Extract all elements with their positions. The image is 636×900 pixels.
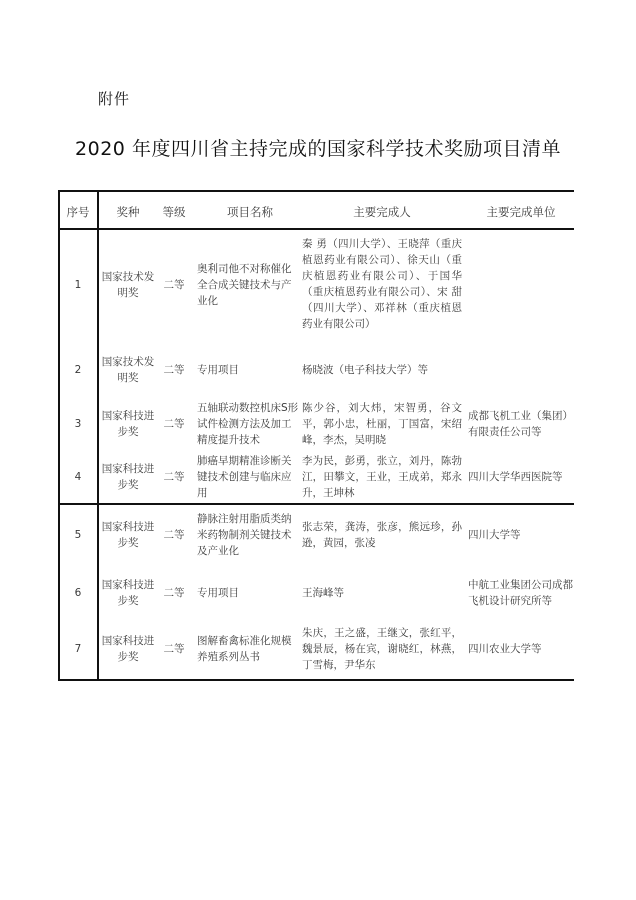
row-project-name: 专用项目 xyxy=(197,362,299,378)
row-project-name: 五轴联动数控机床S形试件检测方法及加工精度提升技术 xyxy=(197,400,299,448)
row-project-name: 专用项目 xyxy=(197,585,299,601)
row-project-name: 静脉注射用脂质类纳米药物制剂关键技术及产业化 xyxy=(197,511,299,559)
row-level: 二等 xyxy=(156,416,192,432)
row-level: 二等 xyxy=(156,277,192,293)
row-persons: 秦 勇（四川大学）、王晓萍（重庆植恩药业有限公司）、徐天山（重庆植恩药业有限公司… xyxy=(302,236,462,332)
row-award-type: 国家科技进步奖 xyxy=(100,461,156,493)
header-unit: 主要完成单位 xyxy=(468,204,574,220)
row-unit: 四川农业大学等 xyxy=(468,641,574,657)
header-num: 序号 xyxy=(58,204,98,220)
row-project-name: 图解畜禽标准化规模养殖系列丛书 xyxy=(197,633,299,665)
row-persons: 杨晓波（电子科技大学）等 xyxy=(302,362,462,378)
row-level: 二等 xyxy=(156,362,192,378)
row-project-name: 奥利司他不对称催化全合成关键技术与产业化 xyxy=(197,261,299,309)
row-num: 2 xyxy=(58,362,98,378)
row-persons: 李为民，彭勇，张立，刘丹，陈勃江，田攀文，王业，王成弟，郑永升，王坤林 xyxy=(302,453,462,501)
row-unit: 中航工业集团公司成都飞机设计研究所等 xyxy=(468,577,574,609)
row-persons: 张志荣，龚涛，张彦，熊远珍，孙逊，黄园，张凌 xyxy=(302,519,462,551)
row-persons: 王海峰等 xyxy=(302,585,462,601)
table-bottom-rule xyxy=(58,679,574,681)
row-num: 4 xyxy=(58,469,98,485)
row-persons: 陈少谷，刘大炜，宋智勇，谷文平，郭小忠，杜丽，丁国富，宋绍峰，李杰，吴明晓 xyxy=(302,400,462,448)
row-award-type: 国家技术发明奖 xyxy=(100,354,156,386)
row-project-name: 肺癌早期精准诊断关键技术创建与临床应用 xyxy=(197,453,299,501)
row-level: 二等 xyxy=(156,585,192,601)
row-num: 6 xyxy=(58,585,98,601)
row-num: 3 xyxy=(58,416,98,432)
header-name: 项目名称 xyxy=(200,204,300,220)
header-level: 等级 xyxy=(156,204,192,220)
row-award-type: 国家科技进步奖 xyxy=(100,519,156,551)
row-level: 二等 xyxy=(156,527,192,543)
attachment-label: 附件 xyxy=(98,88,130,109)
row-unit: 成都飞机工业（集团）有限责任公司等 xyxy=(468,408,574,440)
row-award-type: 国家科技进步奖 xyxy=(100,408,156,440)
header-persons: 主要完成人 xyxy=(302,204,462,220)
row-award-type: 国家技术发明奖 xyxy=(100,269,156,301)
table-top-rule xyxy=(58,190,574,192)
row-num: 5 xyxy=(58,527,98,543)
row-level: 二等 xyxy=(156,469,192,485)
row-award-type: 国家科技进步奖 xyxy=(100,577,156,609)
row-num: 1 xyxy=(58,277,98,293)
row-level: 二等 xyxy=(156,641,192,657)
table-row-rule xyxy=(58,503,574,505)
row-persons: 朱庆，王之盛，王继文，张红平，魏景辰，杨在宾，谢晓红，林燕，丁雪梅，尹华东 xyxy=(302,625,462,673)
row-num: 7 xyxy=(58,641,98,657)
header-type: 奖种 xyxy=(100,204,156,220)
page-title: 2020 年度四川省主持完成的国家科学技术奖励项目清单 xyxy=(0,134,636,161)
row-unit: 四川大学华西医院等 xyxy=(468,469,574,485)
row-award-type: 国家科技进步奖 xyxy=(100,633,156,665)
row-unit: 四川大学等 xyxy=(468,527,574,543)
